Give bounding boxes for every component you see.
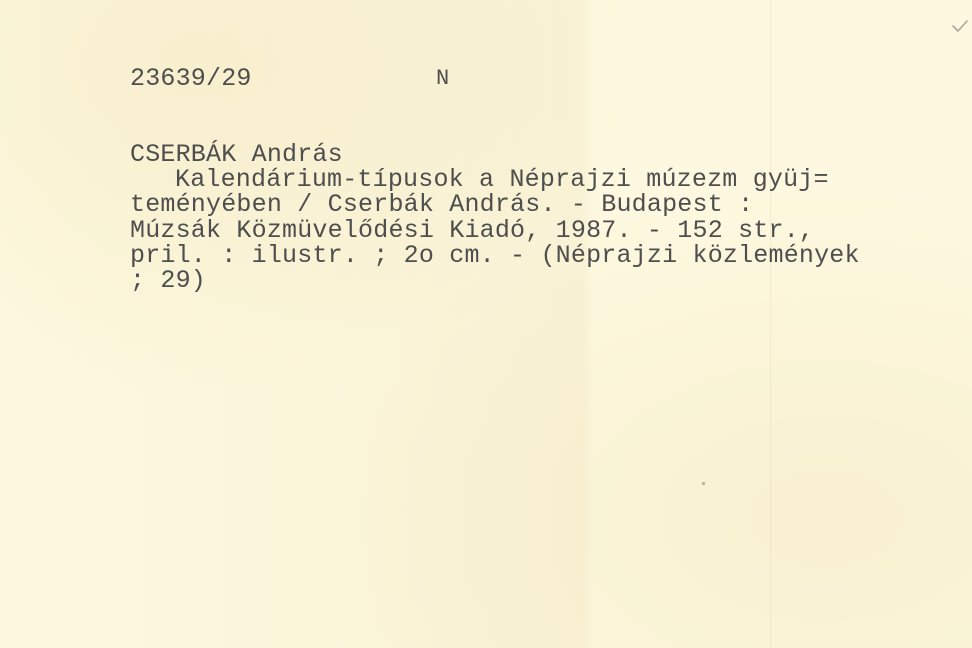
card-code: N: [436, 66, 449, 91]
call-number: 23639/29: [130, 66, 252, 91]
bibliographic-entry: CSERBÁK András Kalendárium-típusok a Nép…: [130, 142, 860, 293]
author-heading: CSERBÁK András: [130, 142, 860, 167]
paper-texture-line: [770, 0, 771, 648]
catalog-card: 23639/29 N CSERBÁK András Kalendárium-tí…: [0, 0, 972, 648]
paper-speck: [702, 482, 705, 485]
publisher-line: Múzsák Közmüvelődési Kiadó, 1987. - 152 …: [130, 218, 860, 243]
physical-description-line: pril. : ilustr. ; 2o cm. - (Néprajzi köz…: [130, 243, 860, 268]
series-line: ; 29): [130, 268, 860, 293]
checkmark-icon: [952, 20, 968, 34]
title-continuation-line: teményében / Cserbák András. - Budapest …: [130, 192, 860, 217]
title-line: Kalendárium-típusok a Néprajzi múzezm gy…: [130, 167, 860, 192]
